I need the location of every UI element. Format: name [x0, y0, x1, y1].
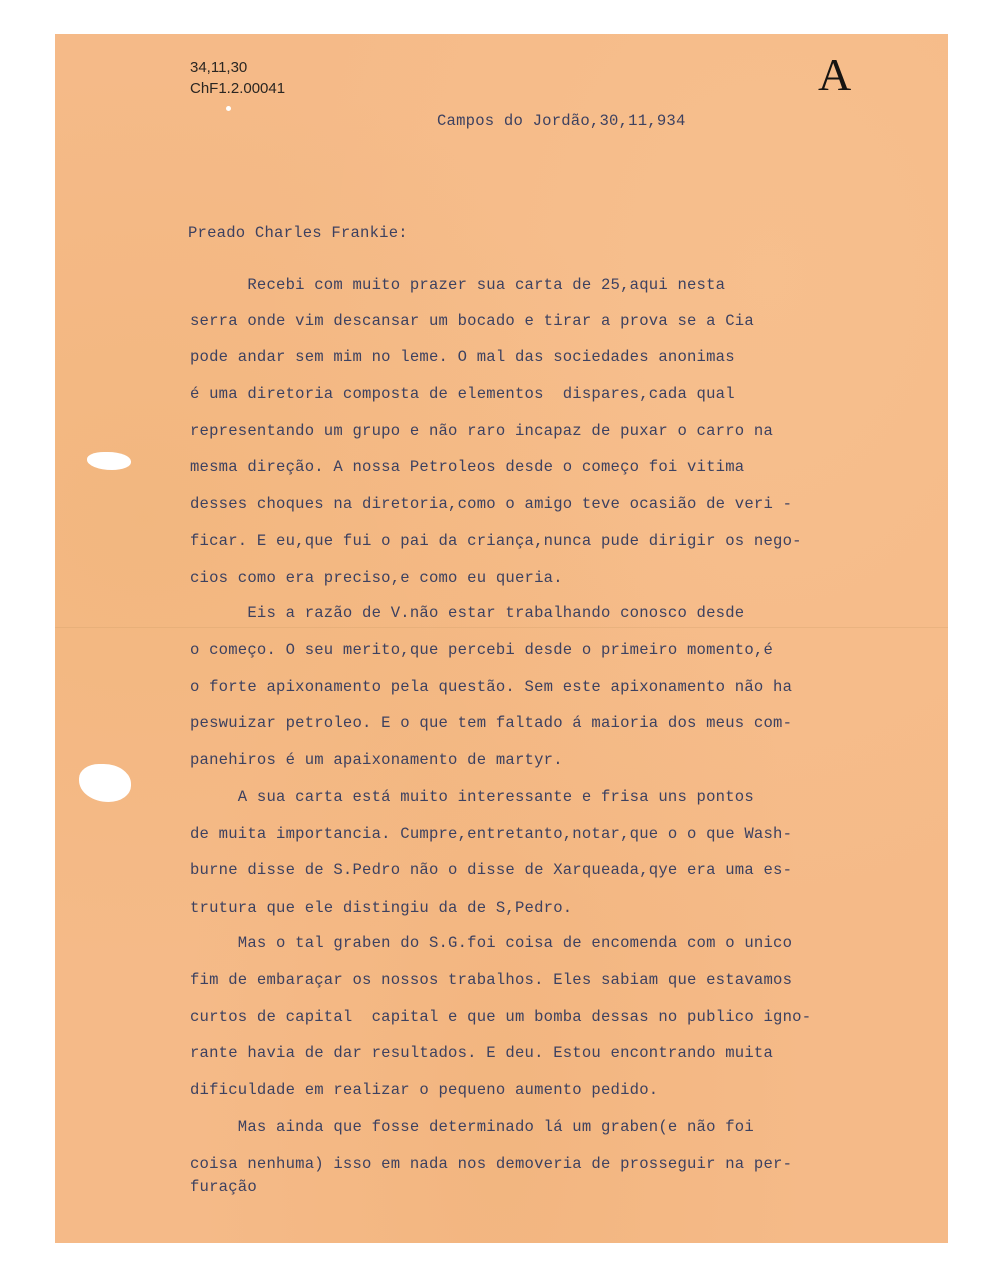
- paper-hole-bottom: [79, 764, 131, 802]
- fold-line: [55, 627, 948, 628]
- body-line: Recebi com muito prazer sua carta de 25,…: [190, 276, 725, 294]
- body-line: peswuizar petroleo. E o que tem faltado …: [190, 714, 792, 732]
- body-line: Eis a razão de V.não estar trabalhando c…: [190, 604, 744, 622]
- body-line: o forte apixonamento pela questão. Sem e…: [190, 678, 792, 696]
- body-line: fim de embaraçar os nossos trabalhos. El…: [190, 971, 792, 989]
- archive-reference: ChF1.2.00041: [190, 79, 285, 98]
- body-line: pode andar sem mim no leme. O mal das so…: [190, 348, 735, 366]
- body-line: de muita importancia. Cumpre,entretanto,…: [190, 825, 792, 843]
- body-line: coisa nenhuma) isso em nada nos demoveri…: [190, 1155, 792, 1173]
- body-line: cios como era preciso,e como eu queria.: [190, 569, 563, 587]
- body-line: panehiros é um apaixonamento de martyr.: [190, 751, 563, 769]
- body-line: representando um grupo e não raro incapa…: [190, 422, 773, 440]
- salutation: Preado Charles Frankie:: [188, 224, 408, 242]
- body-line: ficar. E eu,que fui o pai da criança,nun…: [190, 532, 802, 550]
- body-line: trutura que ele distingiu da de S,Pedro.: [190, 899, 572, 917]
- body-line: A sua carta está muito interessante e fr…: [190, 788, 754, 806]
- body-line: desses choques na diretoria,como o amigo…: [190, 495, 792, 513]
- archive-date-code: 34,11,30: [190, 58, 247, 77]
- body-line: Mas ainda que fosse determinado lá um gr…: [190, 1118, 754, 1136]
- body-line: Mas o tal graben do S.G.foi coisa de enc…: [190, 934, 792, 952]
- paper-hole-top: [87, 452, 131, 470]
- page-letter: A: [818, 52, 851, 98]
- body-line: o começo. O seu merito,que percebi desde…: [190, 641, 773, 659]
- body-line: rante havia de dar resultados. E deu. Es…: [190, 1044, 773, 1062]
- body-line: curtos de capital capital e que um bomba…: [190, 1008, 811, 1026]
- body-line: mesma direção. A nossa Petroleos desde o…: [190, 458, 744, 476]
- paper-spot: [226, 106, 231, 111]
- body-line: é uma diretoria composta de elementos di…: [190, 385, 735, 403]
- body-line: burne disse de S.Pedro não o disse de Xa…: [190, 861, 792, 879]
- body-line: dificuldade em realizar o pequeno aument…: [190, 1081, 658, 1099]
- place-date: Campos do Jordão,30,11,934: [437, 112, 686, 130]
- body-line: furação: [190, 1178, 257, 1196]
- body-line: serra onde vim descansar um bocado e tir…: [190, 312, 754, 330]
